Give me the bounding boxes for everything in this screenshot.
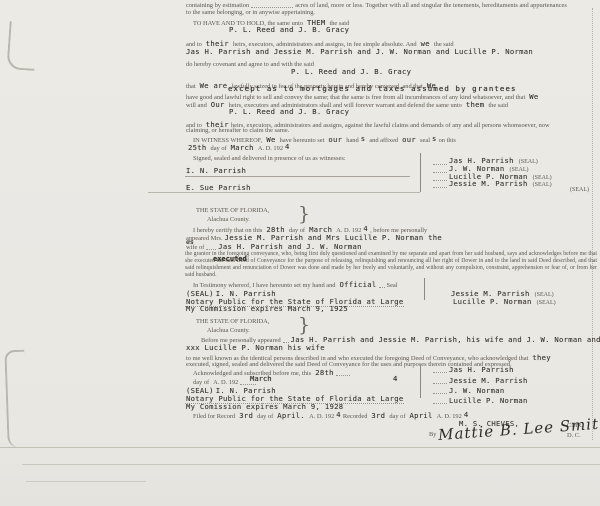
typed-commission: My Commission expires March 9, 1925	[185, 305, 349, 313]
dotted-blank	[206, 248, 216, 250]
printed-text: will and	[185, 102, 208, 109]
printed-text: Alachua County.	[206, 327, 251, 334]
ack2-commission-line: My Comission expires March 9, 1928	[185, 403, 344, 411]
printed-text: Alachua County.	[206, 216, 251, 223]
typed-signature: J. W. Norman	[448, 387, 506, 395]
printed-text: Signed, sealed and delivered in presence…	[192, 155, 347, 162]
dotted-rule	[185, 33, 597, 36]
form-line-claiming: claiming, or hereafter to claim the same…	[185, 127, 385, 134]
ack2-divider-line	[420, 365, 421, 398]
typed-year: 4	[284, 143, 291, 151]
seal-label: (SEAL)	[535, 300, 556, 307]
typed-entry: We	[528, 93, 539, 101]
by-label: By	[428, 431, 437, 438]
seal-label: (SEAL)	[531, 182, 552, 189]
next-page-edge-line-short	[26, 481, 146, 482]
ack2-signature-row: Lucille P. Norman	[432, 397, 592, 405]
printed-text: A. D. 192	[212, 379, 239, 386]
typed-entry: them	[465, 101, 486, 109]
printed-text: A. D. 192	[257, 145, 284, 152]
printed-text: day of	[388, 413, 406, 420]
typed-day: 3rd	[370, 412, 386, 420]
typed-entry: We	[265, 136, 276, 144]
typed-signature: Jas H. Parrish	[448, 366, 515, 374]
printed-text: In Testimony whereof, I have hereunto se…	[192, 282, 336, 289]
typed-year: 4	[362, 225, 369, 233]
dotted-blank	[433, 392, 447, 394]
typed-plural-s: s	[360, 135, 367, 143]
typed-entry: Official	[338, 281, 377, 289]
dotted-blank	[379, 286, 385, 288]
ack2-wife-line: xxx Lucille P. Norman his wife	[185, 344, 597, 352]
typed-signature: Lucille P. Norman	[448, 397, 529, 405]
typed-day: 25th	[187, 144, 208, 152]
page-edge-dotted-line	[592, 8, 593, 440]
typed-entry: Jas H. Parrish and Jessie M. Parrish, hi…	[290, 336, 600, 344]
ack1-commission-line: My Commission expires March 9, 1925	[185, 305, 349, 313]
typed-executed-overlay: executed	[213, 255, 247, 263]
printed-text: THE STATE OF FLORIDA,	[195, 318, 270, 325]
printed-text: acres of land, more or less. Together wi…	[294, 2, 568, 9]
printed-text: Recorded	[342, 413, 369, 420]
printed-text: hand	[345, 137, 359, 144]
notary-bracket-line	[424, 278, 425, 300]
typed-entry: Jas H. Parrish and Jessie M. Parrish and…	[185, 48, 534, 56]
typed-signature: Jessie M. Parrish	[448, 377, 529, 385]
typed-entry: Jas H. Parrish and J. W. Norman	[217, 243, 362, 251]
ack1-signature-row: Lucille P. Norman (SEAL)	[452, 298, 595, 307]
page-bottom-edge-line	[0, 447, 600, 448]
printed-text: wife of	[185, 244, 205, 251]
typed-month: April	[408, 412, 433, 420]
form-line-date: 25th day of March A. D. 192 4	[185, 144, 597, 152]
witness-box-divider	[420, 153, 421, 192]
ack2-signature-row: Jessie M. Parrish	[432, 377, 592, 385]
dotted-blank	[433, 382, 447, 384]
printed-text: the said	[487, 102, 509, 109]
typed-year-overlay: 4	[393, 374, 397, 383]
printed-text: claiming, or hereafter to claim the same…	[185, 127, 290, 134]
ack1-wife-line: wife of Jas H. Parrish and J. W. Norman	[185, 243, 597, 251]
dotted-rule	[185, 115, 597, 118]
witness-box-bottom-line	[148, 192, 420, 193]
dotted-blank	[433, 402, 447, 404]
printed-text: day of	[210, 145, 228, 152]
typed-day: 28th	[314, 369, 335, 377]
printed-text: seal	[419, 137, 431, 144]
printed-text: and affixed	[368, 137, 399, 144]
typed-overlay-exception: except as to mortgages and taxes assumed…	[228, 84, 517, 93]
printed-text: D. C.	[566, 432, 582, 439]
next-page-edge-line	[22, 464, 600, 465]
binder-clip-mark-bottom	[4, 350, 27, 449]
printed-text: day of	[192, 379, 210, 386]
county-heading: Alachua County.	[206, 327, 251, 334]
ack1-appeared-line: appeared Mrs. Jessie M. Parrish and Mrs …	[185, 234, 597, 242]
printed-text: day of	[256, 413, 274, 420]
dotted-rule	[190, 421, 420, 424]
county-heading: Alachua County.	[206, 216, 251, 223]
state-brace: }	[298, 314, 310, 336]
typed-entry: xxx Lucille P. Norman his wife	[185, 344, 326, 352]
dc-label: D. C.	[566, 432, 582, 439]
dotted-blank	[433, 186, 447, 188]
printed-text: to the same belonging, or in anywise app…	[185, 9, 316, 16]
printed-text: Filed for Record	[192, 413, 236, 420]
dotted-rule	[440, 436, 563, 439]
typed-signature: Lucille P. Norman	[452, 298, 533, 306]
printed-text: A. D. 192	[308, 413, 335, 420]
typed-entry: Jessie M. Parrish and Mrs Lucille P. Nor…	[224, 234, 443, 242]
typed-month: March	[230, 144, 255, 152]
dotted-blank	[240, 383, 256, 385]
ack2-signature-row: Jas H. Parrish	[432, 366, 592, 374]
typed-entry: We are	[199, 82, 229, 90]
dotted-blank	[251, 6, 293, 8]
printed-text: By	[428, 431, 437, 438]
printed-text: containing by estimation	[185, 2, 250, 9]
dotted-blank	[336, 374, 350, 376]
extra-seal-label: (SEAL)	[568, 187, 589, 194]
typed-entry: our	[327, 136, 343, 144]
typed-grantors-line: Jas H. Parrish and Jessie M. Parrish and…	[185, 48, 597, 56]
ack2-subscribed-line: Acknowledged and subscribed before me, t…	[192, 369, 420, 377]
printed-text: on this	[438, 137, 457, 144]
ack2-day-of-line: day of A. D. 192	[192, 379, 420, 386]
state-brace: }	[298, 203, 310, 225]
binder-clip-mark-top	[6, 21, 37, 71]
ack2-signature-row: J. W. Norman	[432, 387, 592, 395]
state-heading: THE STATE OF FLORIDA,	[195, 318, 270, 325]
seal-label: (SEAL)	[568, 187, 589, 194]
form-line-good-right: have good and lawful right to sell and c…	[185, 93, 597, 101]
witness-heading: Signed, sealed and delivered in presence…	[192, 155, 418, 162]
scanned-deed-page: containing by estimation acres of land, …	[0, 0, 600, 506]
typed-plural-s: s	[431, 135, 438, 143]
dotted-blank	[433, 371, 447, 373]
witness-signature-row: I. N. Parrish	[185, 167, 413, 175]
printed-text: Seal	[386, 282, 399, 289]
printed-text: THE STATE OF FLORIDA,	[195, 207, 270, 214]
typed-day: 3rd	[238, 412, 254, 420]
typed-commission: My Comission expires March 9, 1928	[185, 403, 344, 411]
typed-witness-name: E. Sue Parrish	[185, 184, 252, 192]
form-line-containing: containing by estimation acres of land, …	[185, 2, 597, 9]
typed-signature: Jessie M. Parrish	[448, 180, 529, 188]
witness-underline	[185, 176, 410, 177]
witness-signature-row: E. Sue Parrish	[185, 184, 413, 192]
dotted-rule	[185, 75, 597, 78]
typed-entry: our	[401, 136, 417, 144]
printed-text: that	[185, 83, 197, 90]
typed-year: 4	[463, 411, 470, 419]
typed-witness-name: I. N. Parrish	[185, 167, 247, 175]
form-line-belonging: to the same belonging, or in anywise app…	[185, 9, 485, 16]
ack1-testimony-line: In Testimony whereof, I have hereunto se…	[192, 281, 420, 289]
typed-year: 4	[335, 411, 342, 419]
state-heading: THE STATE OF FLORIDA,	[195, 207, 270, 214]
typed-month: April.	[276, 412, 306, 420]
dotted-rule	[190, 430, 420, 433]
typed-entry: Our	[210, 101, 226, 109]
